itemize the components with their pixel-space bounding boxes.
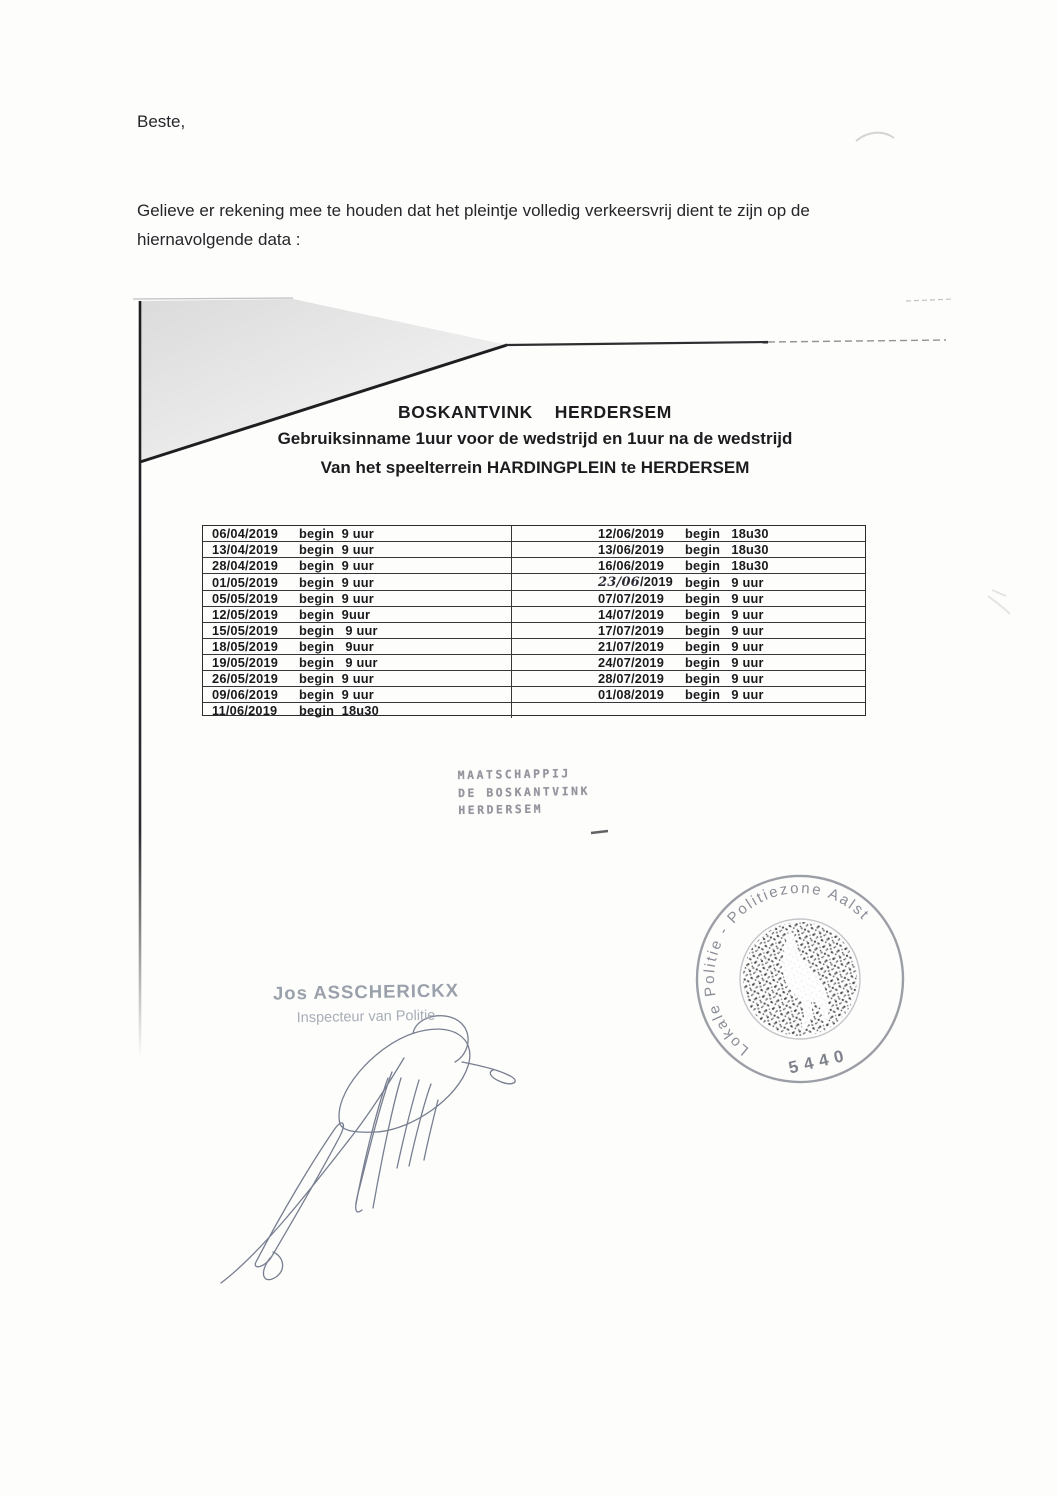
date-value: 09/06/2019 — [212, 687, 299, 702]
date-value: 23/06/2019 — [598, 574, 685, 590]
time-value: begin 18u30 — [685, 558, 769, 573]
time-value: begin 9 uur — [685, 655, 764, 670]
table-cell-left: 19/05/2019begin 9 uur — [203, 655, 512, 670]
date-value: 12/06/2019 — [598, 526, 685, 541]
table-row: 12/05/2019begin 9uur 14/07/2019begin 9 u… — [203, 607, 865, 623]
scan-top-border — [505, 342, 768, 345]
table-row: 09/06/2019begin 9 uur 01/08/2019begin 9 … — [203, 687, 865, 703]
scan-title: BOSKANTVINK HERDERSEM — [150, 402, 920, 423]
time-value: begin 9 uur — [685, 607, 764, 622]
date-value: 17/07/2019 — [598, 623, 685, 638]
table-row: 15/05/2019begin 9 uur 17/07/2019begin 9 … — [203, 623, 865, 639]
date-value: 19/05/2019 — [212, 655, 299, 670]
table-cell-left: 18/05/2019begin 9uur — [203, 639, 512, 654]
date-value: 05/05/2019 — [212, 591, 299, 606]
scan-dash-mark — [591, 831, 608, 833]
club-ink-stamp: MAATSCHAPPIJ DE BOSKANTVINK HERDERSEM — [458, 765, 591, 820]
table-row: 05/05/2019begin 9 uur 07/07/2019begin 9 … — [203, 591, 865, 607]
table-cell-right: 21/07/2019begin 9 uur — [512, 639, 865, 654]
table-cell-left: 26/05/2019begin 9 uur — [203, 671, 512, 686]
table-cell-right: 28/07/2019begin 9 uur — [512, 671, 865, 686]
table-cell-right: 24/07/2019begin 9 uur — [512, 655, 865, 670]
table-row: 13/04/2019begin 9 uur 13/06/2019begin 18… — [203, 542, 865, 558]
date-value: 18/05/2019 — [212, 639, 299, 654]
date-value: 12/05/2019 — [212, 607, 299, 622]
table-cell-left: 05/05/2019begin 9 uur — [203, 591, 512, 606]
table-cell-right: 16/06/2019begin 18u30 — [512, 558, 865, 573]
scan-subtitle-2: Van het speelterrein HARDINGPLEIN te HER… — [150, 455, 920, 481]
table-cell-left: 06/04/2019begin 9 uur — [203, 526, 512, 541]
date-value: 01/05/2019 — [212, 575, 299, 590]
table-row: 18/05/2019begin 9uur 21/07/2019begin 9 u… — [203, 639, 865, 655]
date-value: 24/07/2019 — [598, 655, 685, 670]
time-value: begin 9 uur — [299, 575, 374, 590]
time-value: begin 9 uur — [299, 671, 374, 686]
table-cell-right — [512, 703, 865, 718]
table-row: 11/06/2019begin 18u30 — [203, 703, 865, 718]
date-value: 16/06/2019 — [598, 558, 685, 573]
scan-artifact-right-mid — [988, 590, 1010, 614]
date-value: 28/04/2019 — [212, 558, 299, 573]
date-value: 06/04/2019 — [212, 526, 299, 541]
time-value: begin 9 uur — [299, 558, 374, 573]
scan-artifact-top-right — [856, 133, 894, 141]
scan-title-block: BOSKANTVINK HERDERSEM Gebruiksinname 1uu… — [150, 402, 920, 481]
table-cell-left: 09/06/2019begin 9 uur — [203, 687, 512, 702]
time-value: begin 9 uur — [299, 655, 378, 670]
time-value: begin 9 uur — [685, 591, 764, 606]
time-value: begin 18u30 — [685, 542, 769, 557]
scan-top-dash-artifact — [906, 299, 953, 301]
table-cell-left: 12/05/2019begin 9uur — [203, 607, 512, 622]
table-cell-left: 01/05/2019begin 9 uur — [203, 574, 512, 590]
time-value: begin 18u30 — [685, 526, 769, 541]
table-row: 28/04/2019begin 9 uur 16/06/2019begin 18… — [203, 558, 865, 574]
table-cell-left: 13/04/2019begin 9 uur — [203, 542, 512, 557]
table-cell-right: 17/07/2019begin 9 uur — [512, 623, 865, 638]
handwritten-signature — [221, 1016, 515, 1283]
time-value: begin 9 uur — [299, 591, 374, 606]
time-value: begin 9uur — [299, 639, 374, 654]
table-cell-left: 28/04/2019begin 9 uur — [203, 558, 512, 573]
time-value: begin 9uur — [299, 607, 370, 622]
scan-top-border-faded — [768, 340, 946, 342]
fold-top-edge — [133, 298, 293, 299]
table-cell-right: 01/08/2019begin 9 uur — [512, 687, 865, 702]
scan-graphics: Lokale Politie - Politiezone Aalst 5440 — [0, 0, 1058, 1496]
date-value: 07/07/2019 — [598, 591, 685, 606]
handwritten-date-correction: 23/06 — [598, 575, 640, 590]
time-value: begin 9 uur — [299, 542, 374, 557]
table-row: 01/05/2019begin 9 uur 23/06/2019begin 9 … — [203, 574, 865, 591]
document-page: Beste, Gelieve er rekening mee te houden… — [0, 0, 1058, 1496]
signer-name-stamp: Jos ASSCHERICKX — [252, 979, 480, 1005]
time-value: begin 18u30 — [299, 703, 379, 718]
police-stamp: Lokale Politie - Politiezone Aalst 5440 — [676, 855, 923, 1102]
table-row: 26/05/2019begin 9 uur 28/07/2019begin 9 … — [203, 671, 865, 687]
date-value: 28/07/2019 — [598, 671, 685, 686]
date-value: 13/04/2019 — [212, 542, 299, 557]
date-value: 11/06/2019 — [212, 703, 299, 718]
table-cell-right: 07/07/2019begin 9 uur — [512, 591, 865, 606]
table-cell-left: 15/05/2019begin 9 uur — [203, 623, 512, 638]
time-value: begin 9 uur — [299, 687, 374, 702]
date-value: 01/08/2019 — [598, 687, 685, 702]
time-value: begin 9 uur — [685, 623, 764, 638]
time-value: begin 9 uur — [685, 671, 764, 686]
time-value: begin 9 uur — [685, 575, 764, 590]
club-stamp-line3: HERDERSEM — [458, 800, 590, 820]
date-value: 13/06/2019 — [598, 542, 685, 557]
time-value: begin 9 uur — [299, 623, 378, 638]
time-value: begin 9 uur — [685, 687, 764, 702]
date-value: 26/05/2019 — [212, 671, 299, 686]
table-cell-right: 23/06/2019begin 9 uur — [512, 574, 865, 590]
date-value: 21/07/2019 — [598, 639, 685, 654]
date-value: 15/05/2019 — [212, 623, 299, 638]
table-cell-right: 13/06/2019begin 18u30 — [512, 542, 865, 557]
table-cell-left: 11/06/2019begin 18u30 — [203, 703, 512, 718]
table-row: 06/04/2019begin 9 uur 12/06/2019begin 18… — [203, 526, 865, 542]
time-value: begin 9 uur — [299, 526, 374, 541]
club-stamp-line1: MAATSCHAPPIJ — [458, 765, 590, 785]
time-value: begin 9 uur — [685, 639, 764, 654]
table-row: 19/05/2019begin 9 uur 24/07/2019begin 9 … — [203, 655, 865, 671]
scan-subtitle-1: Gebruiksinname 1uur voor de wedstrijd en… — [150, 426, 920, 452]
dates-table: 06/04/2019begin 9 uur 12/06/2019begin 18… — [202, 525, 866, 716]
table-cell-right: 12/06/2019begin 18u30 — [512, 526, 865, 541]
club-stamp-line2: DE BOSKANTVINK — [458, 782, 590, 802]
table-cell-right: 14/07/2019begin 9 uur — [512, 607, 865, 622]
date-value: 14/07/2019 — [598, 607, 685, 622]
